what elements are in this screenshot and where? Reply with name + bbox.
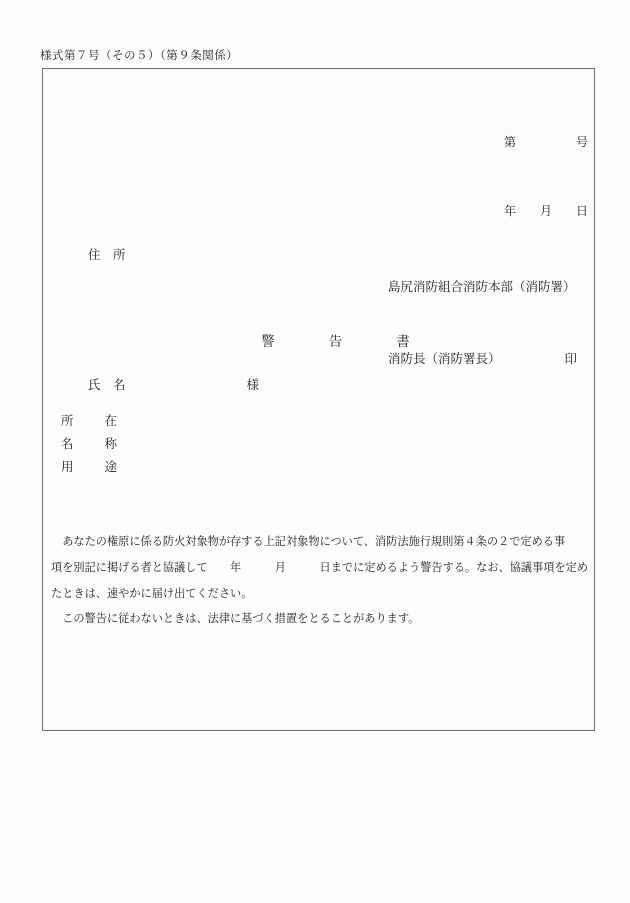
name-label-right: 称: [104, 433, 117, 456]
sender-title: 消防長（消防署長）: [388, 347, 501, 371]
doc-number-line: 第 号: [504, 131, 588, 154]
seal-placeholder: 印: [564, 347, 577, 371]
form-number-label: 様式第７号（その５）（第９条関係）: [40, 47, 238, 63]
location-label-right: 在: [104, 410, 117, 433]
body-line-2: 項を別記に掲げる者と協議して 年 月 日までに定めるよう警告する。なお、協議事項…: [51, 556, 593, 582]
honorific-label: 様: [247, 378, 260, 392]
body-paragraph: あなたの権原に係る防火対象物が存する上記対象物について、消防法施行規則第４条の２…: [51, 530, 593, 633]
sender-organization: 島尻消防組合消防本部（消防署）: [388, 275, 577, 299]
body-line-4: この警告に従わないときは、法律に基づく措置をとることがあります。: [51, 607, 593, 633]
location-label-left: 所: [61, 410, 74, 433]
name-label: 氏 名: [88, 378, 126, 392]
sender-block: 島尻消防組合消防本部（消防署） 消防長（消防署長） 印: [388, 227, 577, 419]
property-use-row: 用 途: [61, 456, 117, 479]
property-location-row: 所 在: [61, 410, 117, 433]
name-label-left: 名: [61, 433, 74, 456]
body-line-3: たときは、速やかに届け出てください。: [51, 582, 593, 608]
recipient-address-row: 住 所: [63, 216, 259, 294]
body-line-1: あなたの権原に係る防火対象物が存する上記対象物について、消防法施行規則第４条の２…: [51, 530, 593, 556]
document-title: 警 告 書: [43, 330, 594, 350]
property-block: 所 在 名 称 用 途: [61, 410, 117, 480]
use-label-left: 用: [61, 456, 74, 479]
address-label: 住 所: [88, 248, 126, 262]
document-border-box: 第 号 年 月 日 住 所 氏 名様 島尻消防組合消防本部（消防署） 消防長（消…: [42, 68, 595, 731]
use-label-right: 途: [104, 456, 117, 479]
doc-date-line: 年 月 日: [504, 200, 588, 223]
property-name-row: 名 称: [61, 433, 117, 456]
document-page: 様式第７号（その５）（第９条関係） 第 号 年 月 日 住 所 氏 名様 島尻消…: [0, 0, 630, 903]
sender-title-row: 消防長（消防署長） 印: [388, 347, 577, 371]
